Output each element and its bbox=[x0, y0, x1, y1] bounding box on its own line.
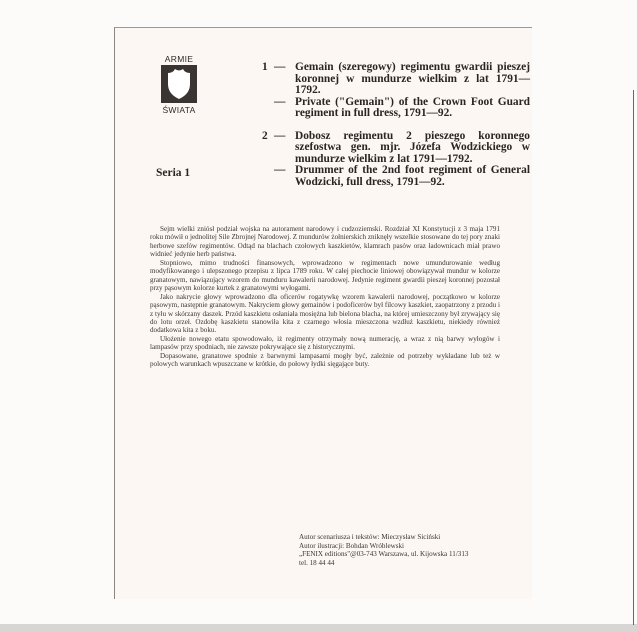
logo-emblem bbox=[161, 65, 197, 103]
paragraph: Sejm wielki zniósł podział wojska na aut… bbox=[150, 225, 500, 259]
paragraph: Stopniowo, mimo trudności finansowych, w… bbox=[150, 259, 500, 293]
history-text: Sejm wielki zniósł podział wojska na aut… bbox=[150, 225, 500, 369]
entry-english: Private ("Gemain") of the Crown Foot Gua… bbox=[295, 97, 530, 120]
logo-bottom-word: ŚWIATA bbox=[156, 105, 202, 115]
entry-number: 2 bbox=[262, 131, 274, 166]
credit-publisher: „FENIX editions"@03-743 Warszawa, ul. Ki… bbox=[299, 550, 468, 559]
entry-1: 1 — Gemain (szeregowy) regimentu gwardii… bbox=[262, 62, 530, 120]
entry-english: Drummer of the 2nd foot regiment of Gene… bbox=[295, 165, 530, 188]
logo-top-word: ARMIE bbox=[156, 54, 202, 64]
credits: Autor scenariusza i tekstów: Mieczysław … bbox=[299, 533, 468, 567]
entry-number: 1 bbox=[262, 62, 274, 97]
paragraph: Ułożenie nowego etatu spowodowało, iż re… bbox=[150, 335, 500, 352]
scan-edge-line bbox=[633, 90, 634, 625]
credit-phone: tel. 18 44 44 bbox=[299, 559, 468, 568]
plate-descriptions: 1 — Gemain (szeregowy) regimentu gwardii… bbox=[262, 62, 530, 188]
shield-icon bbox=[166, 68, 192, 100]
paragraph: Jako nakrycie głowy wprowadzono dla ofic… bbox=[150, 293, 500, 335]
credit-author: Autor scenariusza i tekstów: Mieczysław … bbox=[299, 533, 468, 542]
series-label: Seria 1 bbox=[156, 167, 190, 179]
info-card: ARMIE ŚWIATA Seria 1 1 — Gemain (szerego… bbox=[114, 27, 532, 599]
entry-2: 2 — Dobosz regimentu 2 pieszego koronneg… bbox=[262, 131, 530, 189]
scan-bottom-strip bbox=[0, 624, 637, 632]
paragraph: Dopasowane, granatowe spodnie z barwnymi… bbox=[150, 352, 500, 369]
entry-polish: Gemain (szeregowy) regimentu gwardii pie… bbox=[295, 62, 530, 97]
armie-swiata-logo: ARMIE ŚWIATA bbox=[156, 54, 202, 115]
credit-illustrator: Autor ilustracji: Bohdan Wróblewski bbox=[299, 542, 468, 551]
entry-polish: Dobosz regimentu 2 pieszego koronnego sz… bbox=[295, 131, 530, 166]
